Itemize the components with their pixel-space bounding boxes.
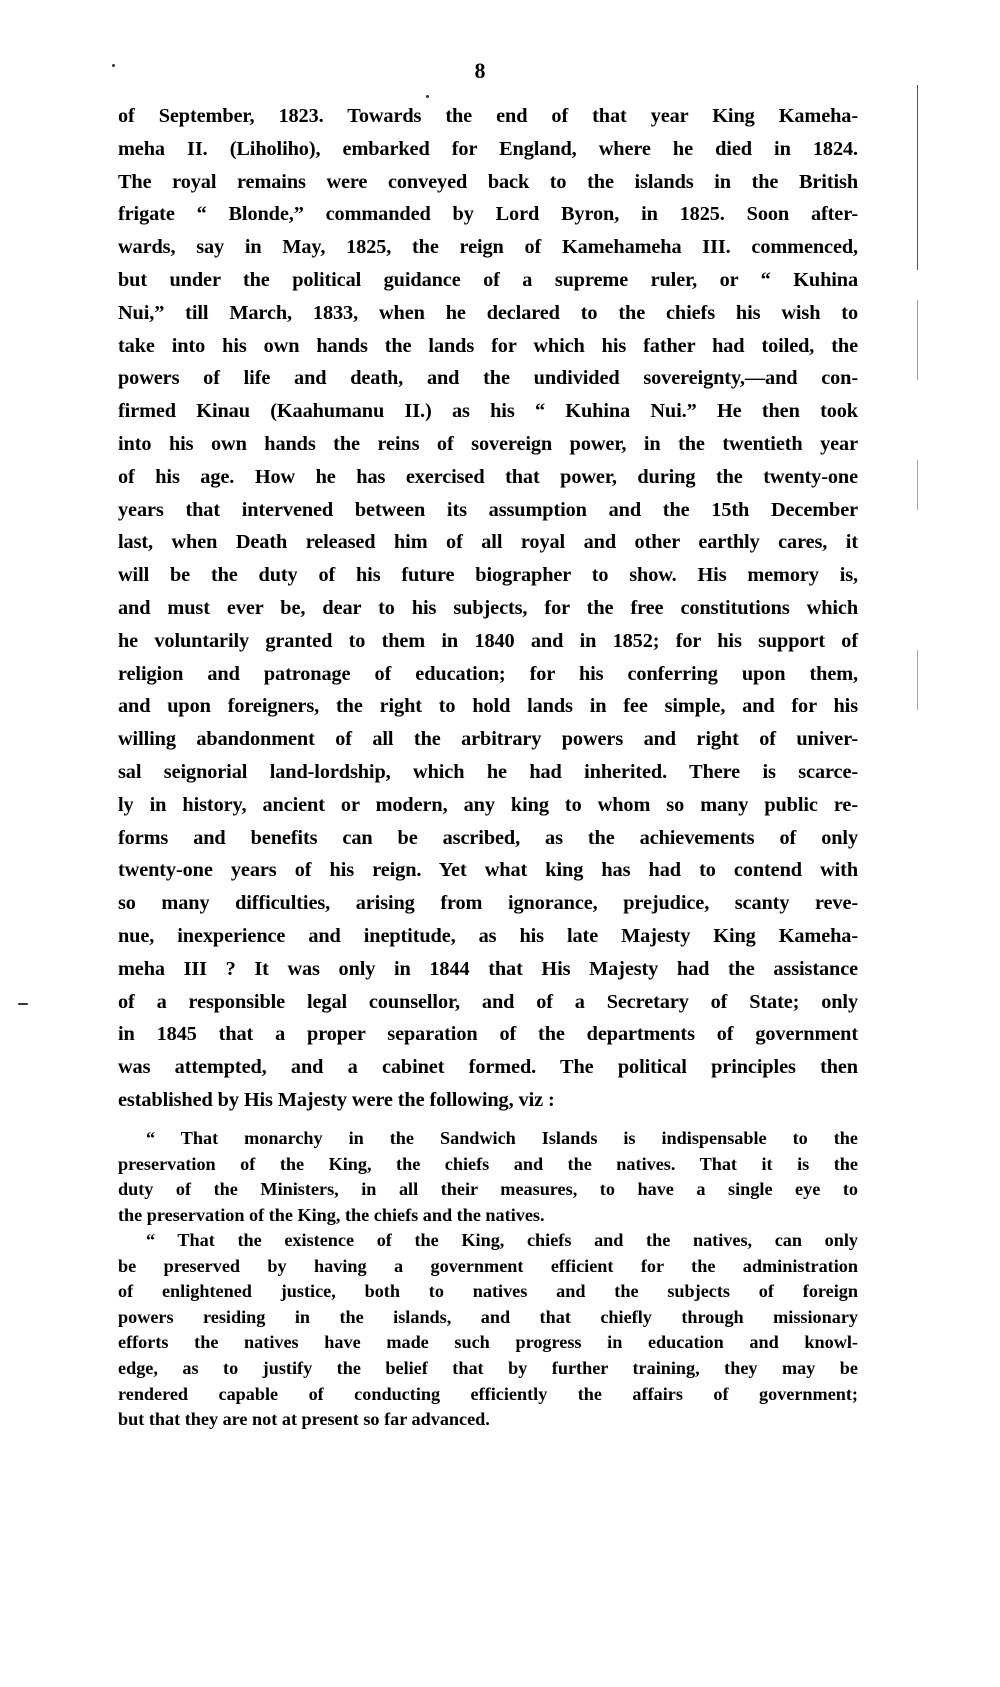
- text-line: and must ever be, dear to his subjects, …: [118, 592, 858, 625]
- text-line: of enlightened justice, both to natives …: [118, 1279, 858, 1305]
- text-line: firmed Kinau (Kaahumanu II.) as his “ Ku…: [118, 395, 858, 428]
- text-line: meha III ? It was only in 1844 that His …: [118, 953, 858, 986]
- scan-margin-mark: [917, 85, 918, 270]
- text-line: religion and patronage of education; for…: [118, 658, 858, 691]
- text-line: ly in history, ancient or modern, any ki…: [118, 789, 858, 822]
- text-line: into his own hands the reins of sovereig…: [118, 428, 858, 461]
- text-line: was attempted, and a cabinet formed. The…: [118, 1051, 858, 1084]
- text-line: take into his own hands the lands for wh…: [118, 330, 858, 363]
- text-line: last, when Death released him of all roy…: [118, 526, 858, 559]
- text-line: and upon foreigners, the right to hold l…: [118, 690, 858, 723]
- text-line: sal seignorial land-lordship, which he h…: [118, 756, 858, 789]
- text-line: will be the duty of his future biographe…: [118, 559, 858, 592]
- text-line: but under the political guidance of a su…: [118, 264, 858, 297]
- scan-margin-mark: [917, 650, 918, 710]
- text-line: of a responsible legal counsellor, and o…: [118, 986, 858, 1019]
- scan-speck: [112, 64, 115, 67]
- text-line: so many difficulties, arising from ignor…: [118, 887, 858, 920]
- text-line: the preservation of the King, the chiefs…: [118, 1203, 858, 1229]
- text-line: be preserved by having a government effi…: [118, 1254, 858, 1280]
- text-line: rendered capable of conducting efficient…: [118, 1382, 858, 1408]
- text-line: years that intervened between its assump…: [118, 494, 858, 527]
- text-line: established by His Majesty were the foll…: [118, 1084, 858, 1117]
- text-line: efforts the natives have made such progr…: [118, 1330, 858, 1356]
- quote-paragraph-2: “ That the existence of the King, chiefs…: [118, 1228, 858, 1433]
- text-line: edge, as to justify the belief that by f…: [118, 1356, 858, 1382]
- text-line: willing abandonment of all the arbitrary…: [118, 723, 858, 756]
- text-line: preservation of the King, the chiefs and…: [118, 1152, 858, 1178]
- text-line: meha II. (Liholiho), embarked for Englan…: [118, 133, 858, 166]
- text-line: wards, say in May, 1825, the reign of Ka…: [118, 231, 858, 264]
- text-line: he voluntarily granted to them in 1840 a…: [118, 625, 858, 658]
- text-line: in 1845 that a proper separation of the …: [118, 1018, 858, 1051]
- text-line: The royal remains were conveyed back to …: [118, 166, 858, 199]
- text-line: but that they are not at present so far …: [118, 1407, 858, 1433]
- text-line: Nui,” till March, 1833, when he declared…: [118, 297, 858, 330]
- text-line: “ That monarchy in the Sandwich Islands …: [118, 1126, 858, 1152]
- text-line: frigate “ Blonde,” commanded by Lord Byr…: [118, 198, 858, 231]
- scan-margin-mark: [917, 300, 918, 380]
- text-line: powers of life and death, and the undivi…: [118, 362, 858, 395]
- text-line: “ That the existence of the King, chiefs…: [118, 1228, 858, 1254]
- text-line: powers residing in the islands, and that…: [118, 1305, 858, 1331]
- text-line: of his age. How he has exercised that po…: [118, 461, 858, 494]
- scan-speck: [18, 1003, 28, 1005]
- scan-margin-mark: [917, 460, 918, 510]
- text-line: twenty-one years of his reign. Yet what …: [118, 854, 858, 887]
- text-line: nue, inexperience and ineptitude, as his…: [118, 920, 858, 953]
- scan-speck: [426, 95, 429, 98]
- quote-paragraph-1: “ That monarchy in the Sandwich Islands …: [118, 1126, 858, 1228]
- body-paragraph: of September, 1823. Towards the end of t…: [118, 100, 858, 1117]
- text-line: of September, 1823. Towards the end of t…: [118, 100, 858, 133]
- text-line: duty of the Ministers, in all their meas…: [118, 1177, 858, 1203]
- text-line: forms and benefits can be ascribed, as t…: [118, 822, 858, 855]
- page-number: 8: [0, 58, 960, 84]
